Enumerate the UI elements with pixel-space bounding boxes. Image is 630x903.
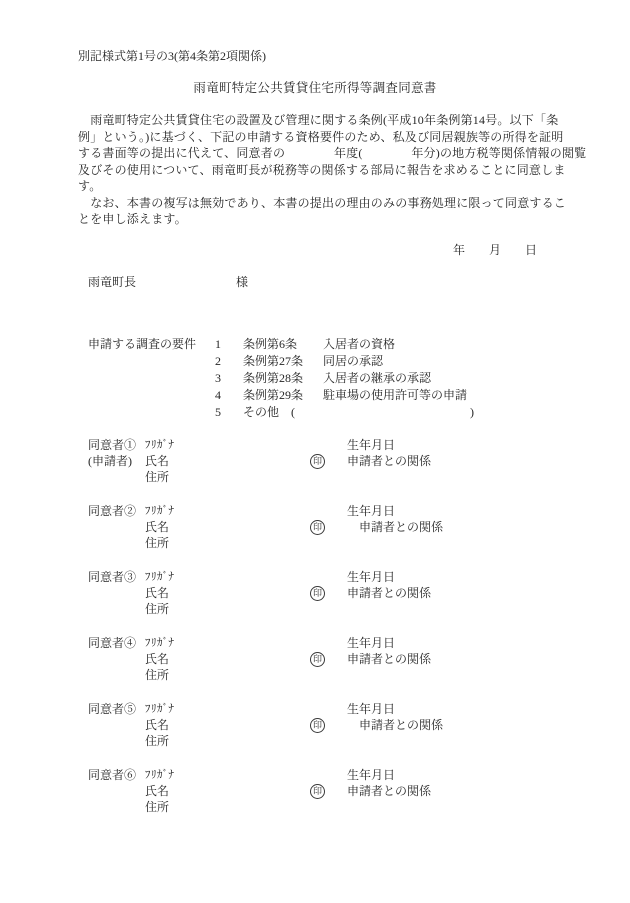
address-label: 住所 bbox=[145, 799, 310, 815]
seal-cell: 印 bbox=[310, 453, 347, 469]
consenter-label: 同意者④ bbox=[88, 635, 145, 651]
body-paragraph: 雨竜町特定公共賃貸住宅の設置及び管理に関する条例(平成10年条例第14号。以下「… bbox=[78, 112, 552, 228]
furigana-label: ﾌﾘｶﾞﾅ bbox=[145, 437, 310, 453]
consenter-label: 同意者② bbox=[88, 503, 145, 519]
consenter-block-5: 同意者⑤ ﾌﾘｶﾞﾅ 生年月日 氏名 印 申請者との関係 住所 bbox=[88, 701, 552, 749]
body-line: する書面等の提出に代えて、同意者の 年度( 年分)の地方税等関係情報の閲覧 bbox=[78, 145, 552, 162]
body-line: 例」という。)に基づく、下記の申請する資格要件のため、私及び同居親族等の所得を証… bbox=[78, 129, 552, 146]
requirements-label-spacer bbox=[88, 370, 215, 387]
survey-requirements-section: 申請する調査の要件 1 条例第6条 入居者の資格 2 条例第27条 同居の承認 … bbox=[88, 336, 552, 421]
requirement-number: 1 bbox=[215, 336, 243, 353]
birthdate-label: 生年月日 bbox=[347, 437, 395, 453]
consenter-row: 同意者③ ﾌﾘｶﾞﾅ 生年月日 bbox=[88, 569, 552, 585]
consenter-label-spacer bbox=[88, 799, 145, 815]
seal-icon: 印 bbox=[310, 652, 325, 667]
consenter-label-spacer bbox=[88, 651, 145, 667]
body-line: 及びその使用について、雨竜町長が税務等の関係する部局に報告を求めることに同意しま bbox=[78, 162, 552, 179]
consenter-label-spacer bbox=[88, 601, 145, 617]
seal-icon: 印 bbox=[310, 520, 325, 535]
address-label: 住所 bbox=[145, 733, 310, 749]
consenter-label-spacer bbox=[88, 535, 145, 551]
consenter-label-spacer bbox=[88, 519, 145, 535]
seal-cell: 印 bbox=[310, 651, 347, 667]
seal-spacer bbox=[310, 635, 347, 651]
requirement-number: 3 bbox=[215, 370, 243, 387]
address-label: 住所 bbox=[145, 601, 310, 617]
consenter-row: 同意者② ﾌﾘｶﾞﾅ 生年月日 bbox=[88, 503, 552, 519]
consenter-row: 氏名 印 申請者との関係 bbox=[88, 585, 552, 601]
name-label: 氏名 bbox=[145, 717, 310, 733]
consenter-row: 住所 bbox=[88, 601, 552, 617]
requirement-number: 2 bbox=[215, 353, 243, 370]
requirements-label-spacer bbox=[88, 387, 215, 404]
seal-icon: 印 bbox=[310, 454, 325, 469]
name-label: 氏名 bbox=[145, 783, 310, 799]
requirement-desc: 同居の承認 bbox=[323, 353, 383, 370]
name-label: 氏名 bbox=[145, 585, 310, 601]
seal-icon: 印 bbox=[310, 586, 325, 601]
consenter-block-6: 同意者⑥ ﾌﾘｶﾞﾅ 生年月日 氏名 印 申請者との関係 住所 bbox=[88, 767, 552, 815]
body-line: す。 bbox=[78, 178, 552, 195]
requirement-close-paren: ) bbox=[470, 404, 474, 421]
consenter-row: 氏名 印 申請者との関係 bbox=[88, 783, 552, 799]
consenter-row: 住所 bbox=[88, 733, 552, 749]
consenter-row: 住所 bbox=[88, 535, 552, 551]
requirement-desc: 入居者の資格 bbox=[323, 336, 395, 353]
consenter-row: 同意者④ ﾌﾘｶﾞﾅ 生年月日 bbox=[88, 635, 552, 651]
relation-label: 申請者との関係 bbox=[347, 651, 431, 667]
consenter-row: 同意者⑤ ﾌﾘｶﾞﾅ 生年月日 bbox=[88, 701, 552, 717]
addressee-honorific: 様 bbox=[236, 275, 248, 289]
furigana-label: ﾌﾘｶﾞﾅ bbox=[145, 635, 310, 651]
consenter-label-spacer bbox=[88, 469, 145, 485]
seal-cell: 印 bbox=[310, 585, 347, 601]
consenter-row: (申請者) 氏名 印 申請者との関係 bbox=[88, 453, 552, 469]
consenter-row: 氏名 印 申請者との関係 bbox=[88, 717, 552, 733]
consenter-block-1: 同意者① ﾌﾘｶﾞﾅ 生年月日 (申請者) 氏名 印 申請者との関係 住所 bbox=[88, 437, 552, 485]
consenter-label: 同意者① bbox=[88, 437, 145, 453]
furigana-label: ﾌﾘｶﾞﾅ bbox=[145, 569, 310, 585]
address-label: 住所 bbox=[145, 667, 310, 683]
consenter-row: 同意者⑥ ﾌﾘｶﾞﾅ 生年月日 bbox=[88, 767, 552, 783]
consenter-label-spacer bbox=[88, 667, 145, 683]
addressee-name: 雨竜町長 bbox=[88, 275, 136, 289]
addressee-line: 雨竜町長様 bbox=[88, 274, 552, 290]
consenter-label-spacer bbox=[88, 783, 145, 799]
consenter-row: 住所 bbox=[88, 799, 552, 815]
seal-cell: 印 bbox=[310, 783, 347, 799]
furigana-label: ﾌﾘｶﾞﾅ bbox=[145, 767, 310, 783]
consenter-block-4: 同意者④ ﾌﾘｶﾞﾅ 生年月日 氏名 印 申請者との関係 住所 bbox=[88, 635, 552, 683]
requirement-article: 条例第29条 bbox=[243, 387, 323, 404]
document-page: 別記様式第1号の3(第4条第2項関係) 雨竜町特定公共賃貸住宅所得等調査同意書 … bbox=[0, 0, 630, 903]
requirement-desc: 入居者の継承の承認 bbox=[323, 370, 431, 387]
requirement-row: 申請する調査の要件 1 条例第6条 入居者の資格 bbox=[88, 336, 552, 353]
requirement-article: 条例第6条 bbox=[243, 336, 323, 353]
date-blank-line: 年 月 日 bbox=[78, 242, 552, 258]
birthdate-label: 生年月日 bbox=[347, 767, 395, 783]
name-label: 氏名 bbox=[145, 651, 310, 667]
consenter-label-spacer bbox=[88, 585, 145, 601]
requirement-article: 条例第28条 bbox=[243, 370, 323, 387]
name-label: 氏名 bbox=[145, 519, 310, 535]
consenter-label-spacer bbox=[88, 733, 145, 749]
address-label: 住所 bbox=[145, 535, 310, 551]
consenter-block-3: 同意者③ ﾌﾘｶﾞﾅ 生年月日 氏名 印 申請者との関係 住所 bbox=[88, 569, 552, 617]
requirements-label-spacer bbox=[88, 404, 215, 421]
consenter-row: 同意者① ﾌﾘｶﾞﾅ 生年月日 bbox=[88, 437, 552, 453]
requirement-article: その他 ( bbox=[243, 404, 323, 421]
birthdate-label: 生年月日 bbox=[347, 569, 395, 585]
requirement-number: 5 bbox=[215, 404, 243, 421]
consenters-section: 同意者① ﾌﾘｶﾞﾅ 生年月日 (申請者) 氏名 印 申請者との関係 住所 同意… bbox=[88, 437, 552, 815]
body-line: 雨竜町特定公共賃貸住宅の設置及び管理に関する条例(平成10年条例第14号。以下「… bbox=[78, 112, 552, 129]
furigana-label: ﾌﾘｶﾞﾅ bbox=[145, 701, 310, 717]
seal-spacer bbox=[310, 569, 347, 585]
document-title: 雨竜町特定公共賃貸住宅所得等調査同意書 bbox=[78, 80, 552, 96]
requirement-row: 5 その他 ( ) bbox=[88, 404, 552, 421]
seal-icon: 印 bbox=[310, 784, 325, 799]
seal-spacer bbox=[310, 437, 347, 453]
relation-label: 申請者との関係 bbox=[347, 783, 431, 799]
consenter-label-spacer bbox=[88, 717, 145, 733]
requirements-label: 申請する調査の要件 bbox=[88, 336, 215, 353]
relation-label: 申請者との関係 bbox=[347, 453, 431, 469]
consenter-label: 同意者⑥ bbox=[88, 767, 145, 783]
consenter-sub-label: (申請者) bbox=[88, 453, 145, 469]
requirement-desc: 駐車場の使用許可等の申請 bbox=[323, 387, 467, 404]
birthdate-label: 生年月日 bbox=[347, 503, 395, 519]
consenter-row: 住所 bbox=[88, 469, 552, 485]
seal-spacer bbox=[310, 701, 347, 717]
birthdate-label: 生年月日 bbox=[347, 635, 395, 651]
consenter-row: 住所 bbox=[88, 667, 552, 683]
seal-icon: 印 bbox=[310, 718, 325, 733]
consenter-row: 氏名 印 申請者との関係 bbox=[88, 519, 552, 535]
address-label: 住所 bbox=[145, 469, 310, 485]
consenter-label: 同意者③ bbox=[88, 569, 145, 585]
requirement-number: 4 bbox=[215, 387, 243, 404]
consenter-label: 同意者⑤ bbox=[88, 701, 145, 717]
requirement-article: 条例第27条 bbox=[243, 353, 323, 370]
requirement-row: 2 条例第27条 同居の承認 bbox=[88, 353, 552, 370]
form-notation: 別記様式第1号の3(第4条第2項関係) bbox=[78, 48, 552, 64]
requirement-row: 4 条例第29条 駐車場の使用許可等の申請 bbox=[88, 387, 552, 404]
requirements-label-spacer bbox=[88, 353, 215, 370]
relation-label: 申請者との関係 bbox=[347, 519, 443, 535]
seal-spacer bbox=[310, 767, 347, 783]
body-line: とを申し添えます。 bbox=[78, 211, 552, 228]
requirement-row: 3 条例第28条 入居者の継承の承認 bbox=[88, 370, 552, 387]
seal-cell: 印 bbox=[310, 519, 347, 535]
relation-label: 申請者との関係 bbox=[347, 585, 431, 601]
consenter-block-2: 同意者② ﾌﾘｶﾞﾅ 生年月日 氏名 印 申請者との関係 住所 bbox=[88, 503, 552, 551]
furigana-label: ﾌﾘｶﾞﾅ bbox=[145, 503, 310, 519]
seal-cell: 印 bbox=[310, 717, 347, 733]
relation-label: 申請者との関係 bbox=[347, 717, 443, 733]
body-line: なお、本書の複写は無効であり、本書の提出の理由のみの事務処理に限って同意するこ bbox=[78, 195, 552, 212]
seal-spacer bbox=[310, 503, 347, 519]
birthdate-label: 生年月日 bbox=[347, 701, 395, 717]
consenter-row: 氏名 印 申請者との関係 bbox=[88, 651, 552, 667]
name-label: 氏名 bbox=[145, 453, 310, 469]
